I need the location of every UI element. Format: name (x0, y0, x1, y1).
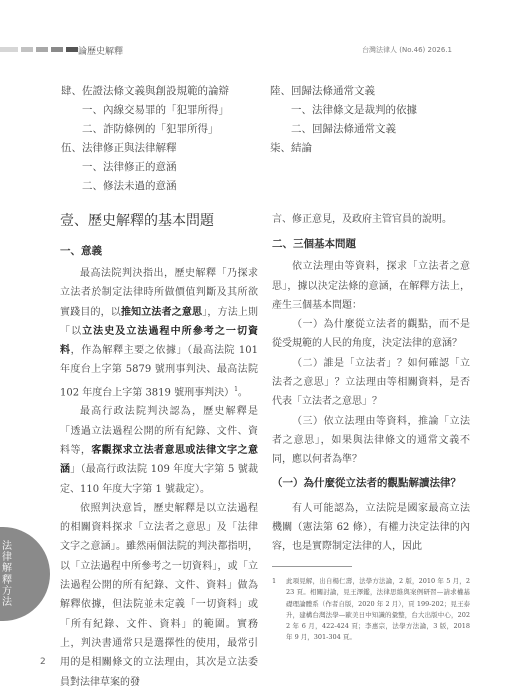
question-1: （一）為什麼從立法者的觀點，而不是從受規範的人民的角度，決定法律的意涵？ (272, 315, 470, 354)
footnote-number: 1 (272, 576, 286, 644)
footnote-text: 此項見解，出自楊仁壽，法學方法論，2 版，2010 年 5 月，223 頁。相關… (286, 576, 470, 644)
toc-item: 柒、結論 (270, 139, 417, 158)
header-bar (21, 47, 33, 52)
footnote: 1 此項見解，出自楊仁壽，法學方法論，2 版，2010 年 5 月，223 頁。… (272, 576, 470, 644)
page-number: 2 (40, 657, 46, 667)
toc-item: 二、修法未過的意涵 (61, 177, 229, 196)
toc-right: 陸、回歸法條通常文義 一、法律條文是裁判的依據 二、回歸法條通常文義 柒、結論 (270, 82, 417, 158)
paragraph: 最高行政法院判決認為，歷史解釋是「透過立法過程公開的所有紀錄、文件、資料等，客觀… (60, 402, 258, 498)
citation: 」（最高行政法院 109 年度大字第 5 號裁定、110 年度大字第 1 號裁定… (60, 464, 258, 494)
side-tab: 法律解釋方法 (0, 527, 50, 621)
chapter-heading: 壹、歷史解釋的基本問題 (60, 210, 258, 240)
footnote-divider (272, 566, 352, 567)
section-title: 論歷史解釋 (78, 44, 123, 57)
text: 。 (238, 387, 248, 398)
paragraph-continuation: 言、修正意見，及政府主管官員的說明。 (272, 210, 470, 229)
header-decorative-bars (0, 47, 78, 52)
right-column: 言、修正意見，及政府主管官員的說明。 二、三個基本問題 依立法理由等資料，探求「… (272, 210, 470, 557)
header-bar (51, 47, 63, 52)
paragraph: 最高法院判決指出，歷史解釋「乃探求立法者於制定法律時所做價值判斷及其所欲實踐目的… (60, 264, 258, 402)
header-bar (0, 47, 18, 52)
toc-item: 肆、佐證法條文義與創設規範的論辯 (61, 82, 229, 101)
emphasis: 推知立法者之意思 (121, 307, 202, 318)
toc-item: 一、法律條文是裁判的依據 (270, 101, 417, 120)
toc-item: 一、內線交易罪的「犯罪所得」 (61, 101, 229, 120)
toc-item: 伍、法律修正與法律解釋 (61, 139, 229, 158)
toc-left: 肆、佐證法條文義與創設規範的論辯 一、內線交易罪的「犯罪所得」 二、詐防條例的「… (61, 82, 229, 196)
section-heading: 二、三個基本問題 (272, 233, 470, 257)
running-header: 論歷史解釋 台灣法律人 (No.46) 2026.1 (0, 44, 516, 58)
toc-item: 二、詐防條例的「犯罪所得」 (61, 120, 229, 139)
question-2: （二）誰是「立法者」？如何確認「立法者之意思」？立法理由等相關資料，是否代表「立… (272, 354, 470, 412)
toc-item: 陸、回歸法條通常文義 (270, 82, 417, 101)
header-bar (36, 47, 48, 52)
paragraph: 依立法理由等資料，探求「立法者之意思」，據以決定法條的意涵，在解釋方法上，產生三… (272, 257, 470, 315)
left-column: 壹、歷史解釋的基本問題 一、意義 最高法院判決指出，歷史解釋「乃探求立法者於制定… (60, 210, 258, 692)
quote-text: 以 (71, 326, 82, 337)
paragraph: 依照判決意旨，歷史解釋是以立法過程的相關資料探求「立法者之意思」及「法律文字之意… (60, 499, 258, 692)
side-tab-label: 法律解釋方法 (0, 541, 14, 608)
text: 最高法院判決指出，歷史解釋「 (80, 268, 227, 279)
section-heading: 一、意義 (60, 240, 258, 264)
header-bar (66, 47, 78, 52)
subheading: （一）為什麼從立法者的觀點解讀法律？ (272, 474, 470, 493)
question-3: （三）依立法理由等資料，推論「立法者之意思」，如果與法律條文的通常文義不同，應以… (272, 412, 470, 470)
quote-text: ，作為解釋主要之依據 (71, 345, 177, 356)
toc-item: 二、回歸法條通常文義 (270, 120, 417, 139)
paragraph: 有人可能認為，立法院是國家最高立法機關（憲法第 62 條），有權力決定法律的內容… (272, 499, 470, 557)
toc-item: 一、法律修正的意涵 (61, 158, 229, 177)
journal-info: 台灣法律人 (No.46) 2026.1 (362, 45, 452, 55)
